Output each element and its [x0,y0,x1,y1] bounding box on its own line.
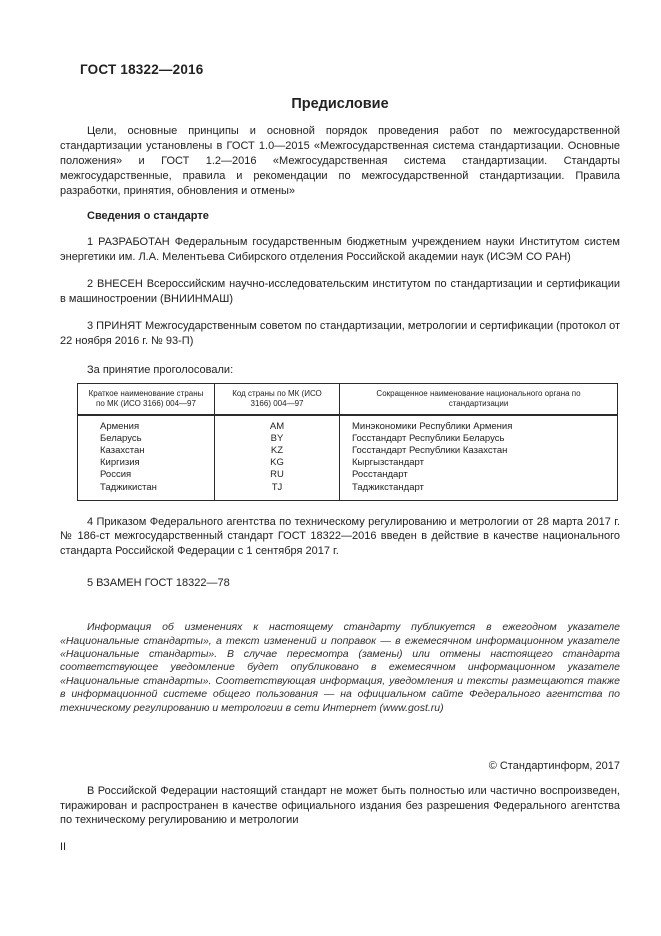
vote-caption: За принятие проголосовали: [87,364,620,376]
table-row: Беларусь BY Госстандарт Республики Белар… [78,433,618,445]
country-cell: Казахстан [78,445,215,457]
code-cell: TJ [215,482,340,501]
org-cell: Госстандарт Республики Казахстан [340,445,618,457]
intro-paragraph: Цели, основные принципы и основной поряд… [60,124,620,199]
info-heading: Сведения о стандарте [87,210,620,222]
code-cell: RU [215,469,340,481]
table-row: Армения AM Минэкономики Республики Армен… [78,415,618,433]
restriction-paragraph: В Российской Федерации настоящий стандар… [60,784,620,828]
org-cell: Госстандарт Республики Беларусь [340,433,618,445]
clause-5-replaces: 5 ВЗАМЕН ГОСТ 18322—78 [60,576,620,591]
code-cell: KG [215,457,340,469]
notice-paragraph: Информация об изменениях к настоящему ст… [60,621,620,715]
vote-table-header-row: Краткое наименование страны по МК (ИСО 3… [78,383,618,415]
clause-4-order: 4 Приказом Федерального агентства по тех… [60,515,620,559]
clause-2-submitted: 2 ВНЕСЕН Всероссийским научно-исследоват… [60,277,620,306]
vote-table-header-code: Код страны по МК (ИСО 3166) 004—97 [215,383,340,415]
document-page: ГОСТ 18322—2016 Предисловие Цели, основн… [0,0,661,936]
country-cell: Армения [78,415,215,433]
code-cell: BY [215,433,340,445]
doc-code: ГОСТ 18322—2016 [80,62,620,77]
table-row: Россия RU Росстандарт [78,469,618,481]
org-cell: Кыргызстандарт [340,457,618,469]
country-cell: Таджикистан [78,482,215,501]
clause-3-adopted: 3 ПРИНЯТ Межгосударственным советом по с… [60,319,620,348]
country-cell: Россия [78,469,215,481]
vote-table-header-org: Сокращенное наименование национального о… [340,383,618,415]
table-row: Киргизия KG Кыргызстандарт [78,457,618,469]
org-cell: Таджикстандарт [340,482,618,501]
org-cell: Минэкономики Республики Армения [340,415,618,433]
country-cell: Беларусь [78,433,215,445]
table-row: Таджикистан TJ Таджикстандарт [78,482,618,501]
vote-table: Краткое наименование страны по МК (ИСО 3… [77,383,618,501]
copyright-line: © Стандартинформ, 2017 [60,760,620,772]
table-row: Казахстан KZ Госстандарт Республики Каза… [78,445,618,457]
code-cell: KZ [215,445,340,457]
vote-table-header-country: Краткое наименование страны по МК (ИСО 3… [78,383,215,415]
page-heading: Предисловие [60,96,620,112]
org-cell: Росстандарт [340,469,618,481]
page-number: II [60,841,620,853]
country-cell: Киргизия [78,457,215,469]
clause-1-developed: 1 РАЗРАБОТАН Федеральным государственным… [60,235,620,264]
code-cell: AM [215,415,340,433]
